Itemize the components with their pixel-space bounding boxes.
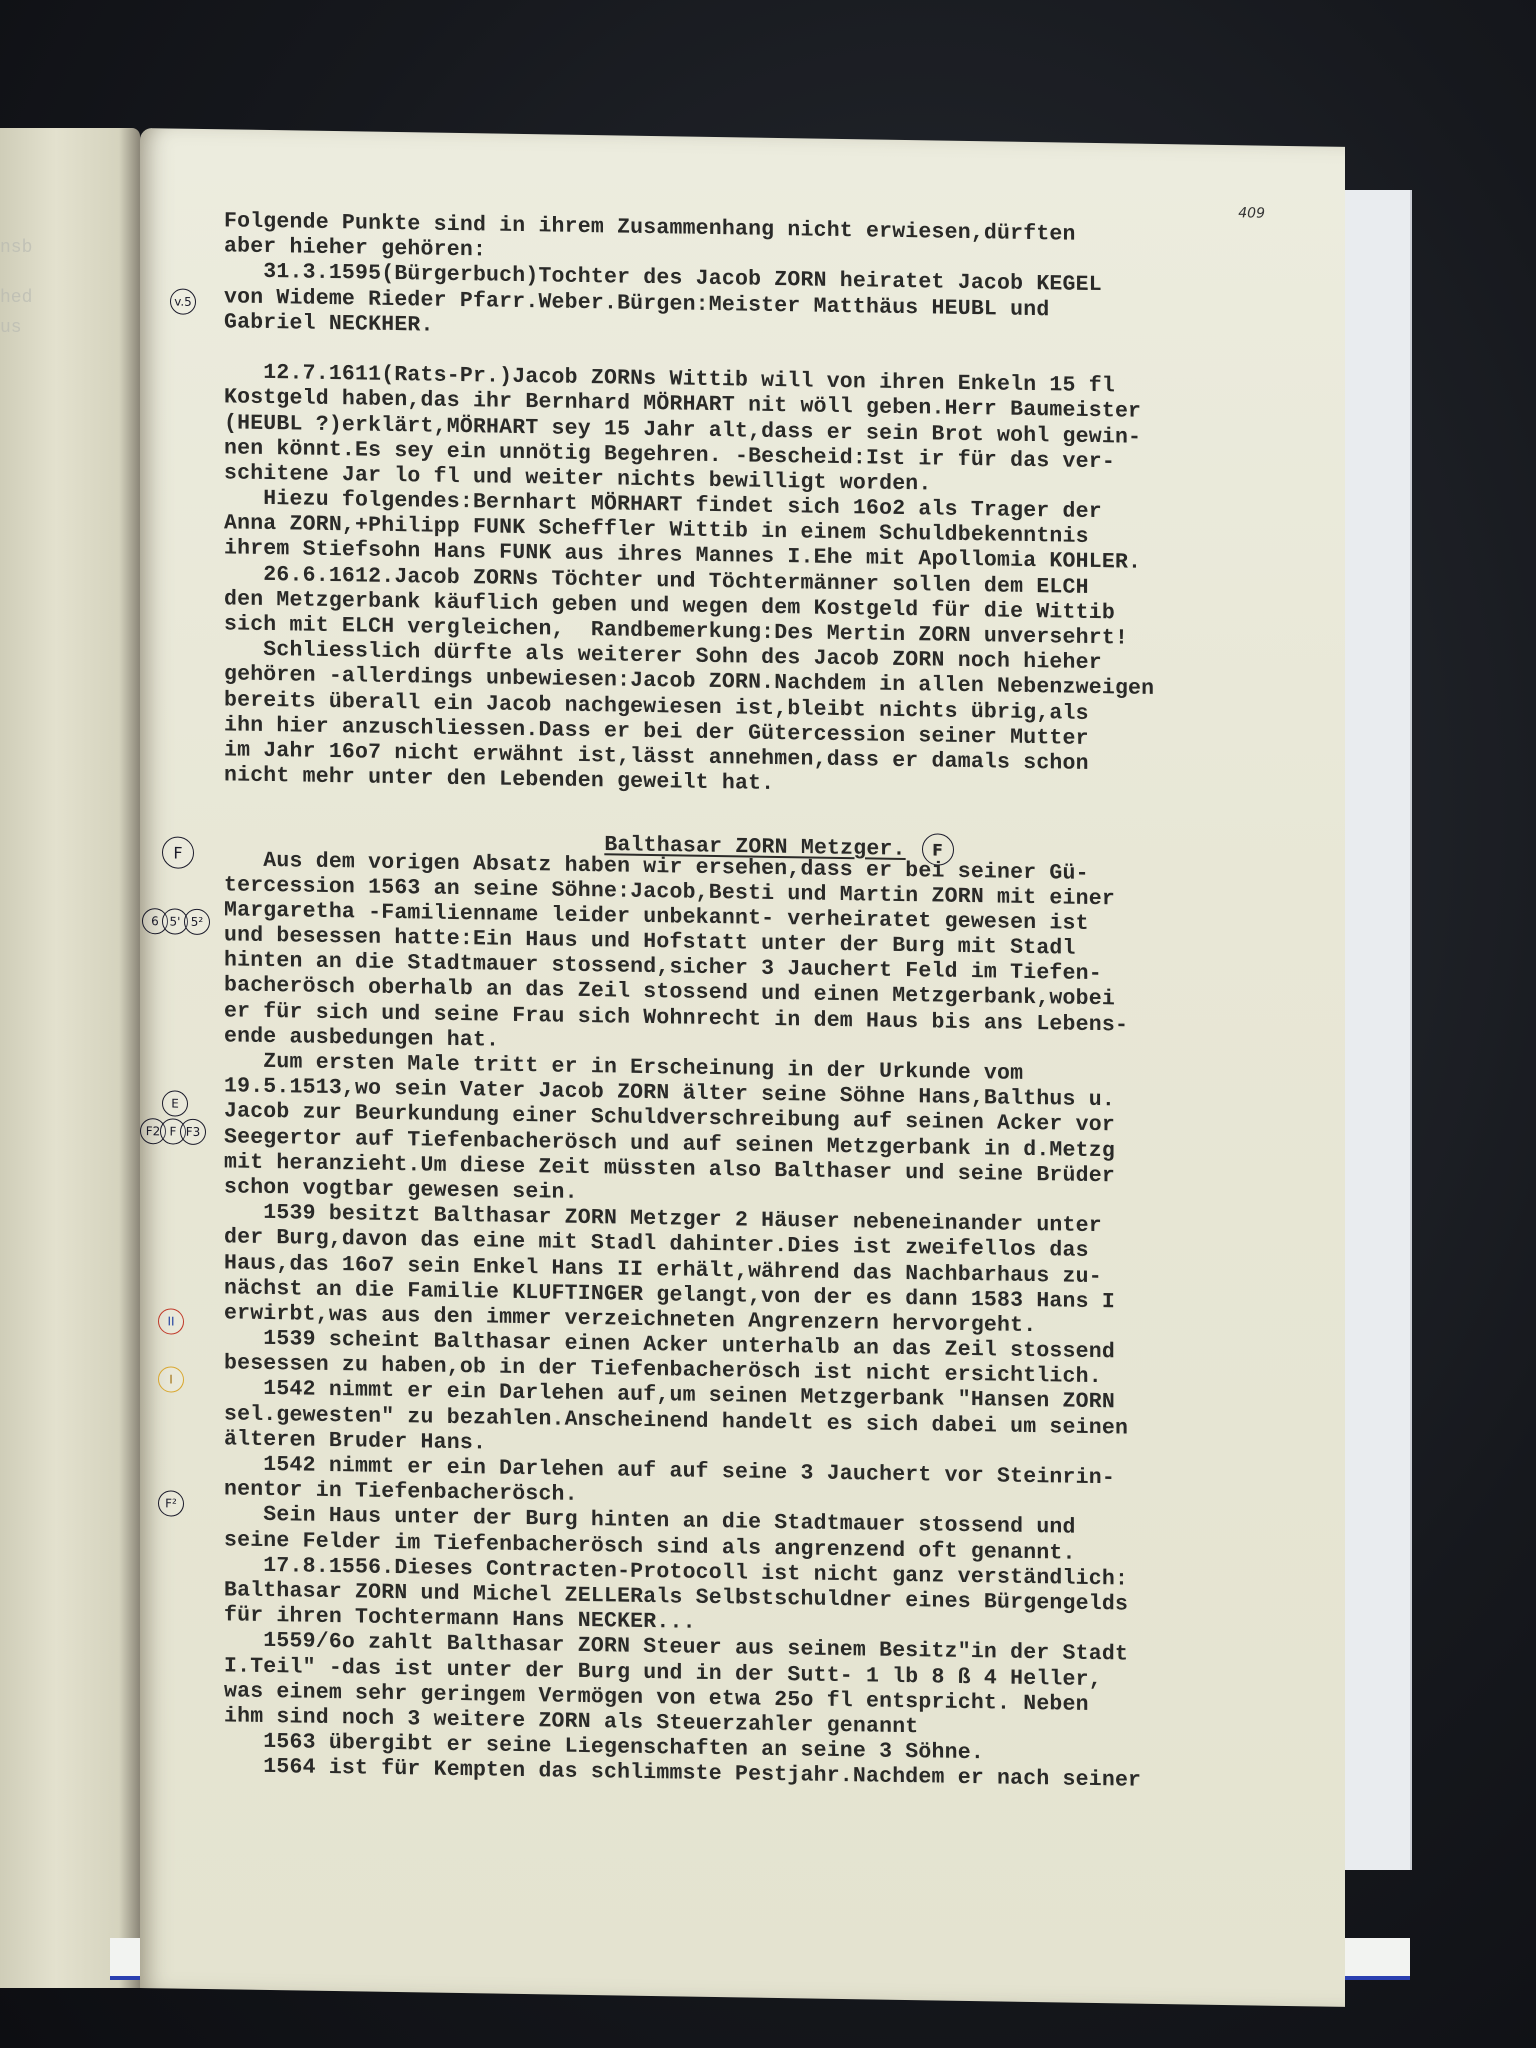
ghost-text: hed [0,288,60,308]
typewritten-body: Folgende Punkte sind in ihrem Zusammenha… [224,209,1334,1797]
margin-mark: E [162,1090,188,1116]
margin-mark: II [158,1308,184,1334]
back-sheet [1335,190,1412,1870]
margin-mark: F² [158,1490,184,1516]
margin-mark: 5² [184,909,210,935]
section-unproven-points: Folgende Punkte sind in ihrem Zusammenha… [224,209,1334,806]
margin-mark: I [158,1366,184,1392]
ghost-text: us [0,318,60,338]
document-page: 409 v.5 F 6 5' 5² E F2 F F3 II I F² Folg… [140,128,1345,2007]
section-balthasar: Aus dem vorigen Absatz haben wir ersehen… [224,848,1334,1797]
margin-mark: v.5 [170,288,196,314]
ghost-text: nsb [0,238,60,258]
page-number: 409 [1238,205,1265,221]
left-facing-page: nsb hed us [0,128,140,1988]
margin-mark: F3 [180,1119,206,1145]
margin-mark: F [162,836,194,869]
